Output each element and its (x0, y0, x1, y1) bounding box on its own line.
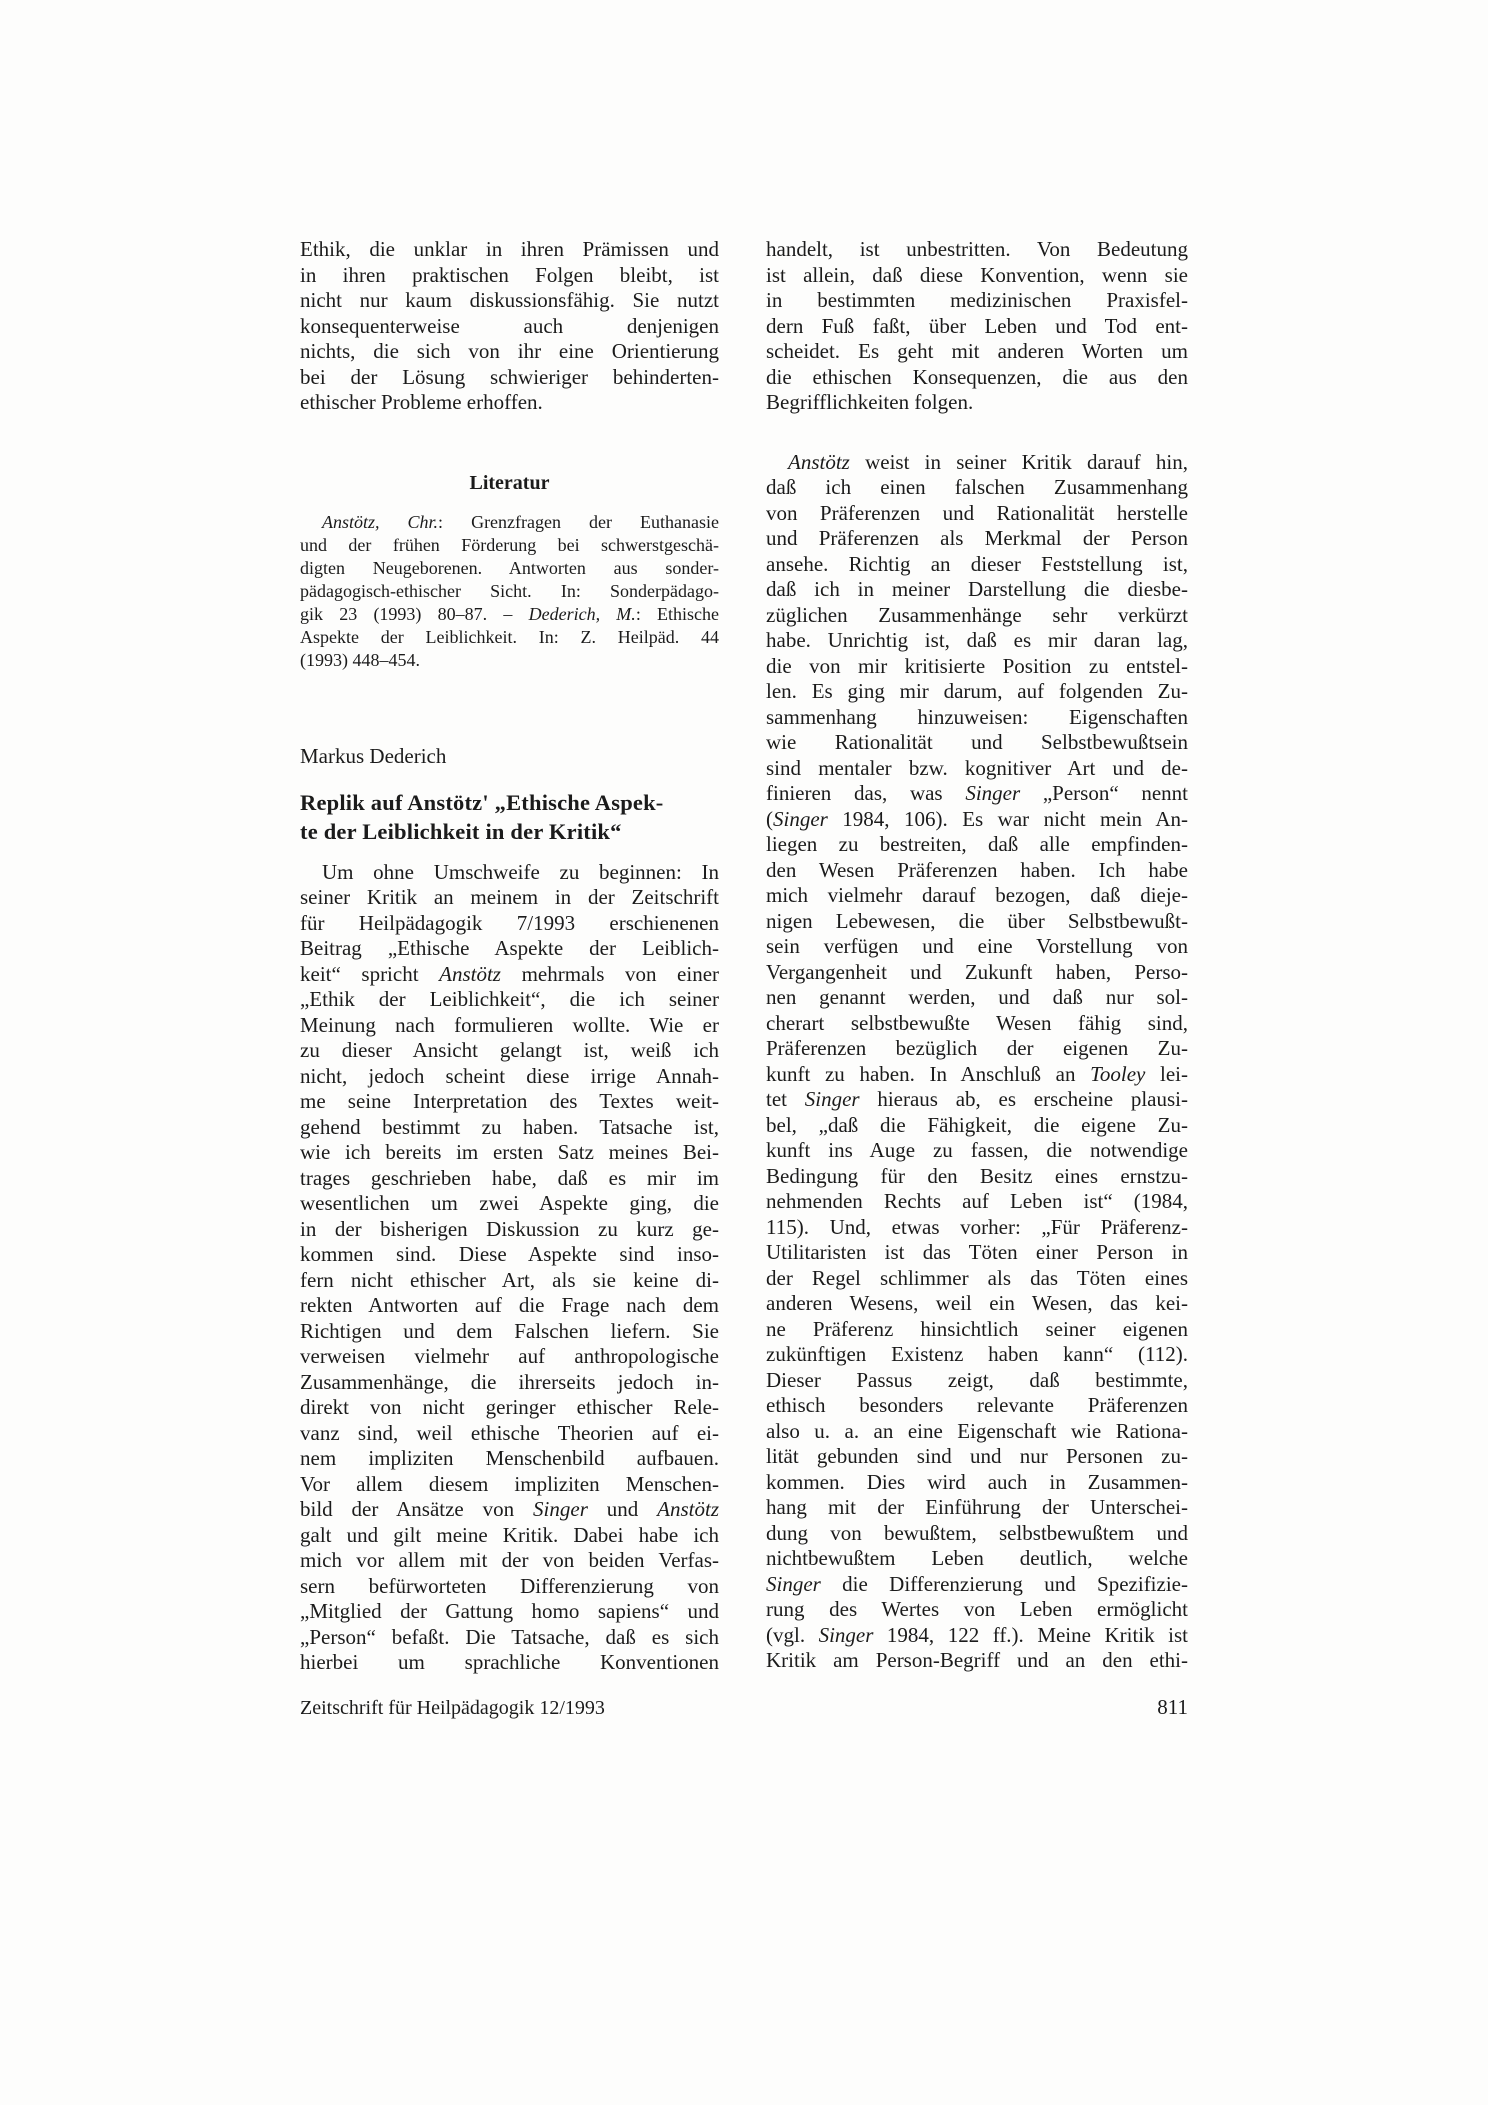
text-line: Meinung nach formulieren wollte. Wie er (300, 1013, 719, 1039)
text-line: „Ethik der Leiblichkeit“, die ich seiner (300, 987, 719, 1013)
text-line: tet Singer hieraus ab, es erscheine plau… (766, 1087, 1188, 1113)
page-footer: Zeitschrift für Heilpädagogik 12/1993 81… (300, 1695, 1188, 1720)
text-line: nichts, die sich von ihr eine Orientieru… (300, 339, 719, 365)
text-line: Beitrag „Ethische Aspekte der Leiblich- (300, 936, 719, 962)
text-line: Begrifflichkeiten folgen. (766, 390, 1188, 416)
page-number: 811 (1157, 1695, 1188, 1720)
text-line: (Singer 1984, 106). Es war nicht mein An… (766, 807, 1188, 833)
continuation-paragraph: handelt, ist unbestritten. Von Bedeutung… (766, 237, 1188, 416)
text-line: nem impliziten Menschenbild aufbauen. (300, 1446, 719, 1472)
text-line: rung des Wertes von Leben ermöglicht (766, 1597, 1188, 1623)
text-line: die ethischen Konsequenzen, die aus den (766, 365, 1188, 391)
text-line: mich vielmehr darauf bezogen, daß dieje- (766, 883, 1188, 909)
literature-references: Anstötz, Chr.: Grenzfragen der Euthanasi… (300, 511, 719, 672)
text-line: gehend bestimmt zu haben. Tatsache ist, (300, 1115, 719, 1141)
text-line: sern befürworteten Differenzierung von (300, 1574, 719, 1600)
text-line: cherart selbstbewußte Wesen fähig sind, (766, 1011, 1188, 1037)
journal-title-footer: Zeitschrift für Heilpädagogik 12/1993 (300, 1697, 605, 1720)
article-body-left: Um ohne Umschweife zu beginnen: Inseiner… (300, 860, 719, 1676)
text-line: verweisen vielmehr auf anthropologische (300, 1344, 719, 1370)
text-line: len. Es ging mir darum, auf folgenden Zu… (766, 679, 1188, 705)
text-line: dern Fuß faßt, über Leben und Tod ent- (766, 314, 1188, 340)
text-line: zu dieser Ansicht gelangt ist, weiß ich (300, 1038, 719, 1064)
text-line: digten Neugeborenen. Antworten aus sonde… (300, 557, 719, 580)
text-line: handelt, ist unbestritten. Von Bedeutung (766, 237, 1188, 263)
text-line: fern nicht ethischer Art, als sie keine … (300, 1268, 719, 1294)
text-line: hierbei um sprachliche Konventionen (300, 1650, 719, 1676)
journal-page: Ethik, die unklar in ihren Prämissen und… (0, 0, 1488, 2105)
text-line: züglichen Zusammenhänge sehr verkürzt (766, 603, 1188, 629)
text-line: galt und gilt meine Kritik. Dabei habe i… (300, 1523, 719, 1549)
left-column: Ethik, die unklar in ihren Prämissen und… (300, 237, 719, 1676)
text-line: von Präferenzen und Rationalität herstel… (766, 501, 1188, 527)
text-line: ne Präferenz hinsichtlich seiner eigenen (766, 1317, 1188, 1343)
text-line: (vgl. Singer 1984, 122 ff.). Meine Kriti… (766, 1623, 1188, 1649)
text-line: Zusammenhänge, die ihrerseits jedoch in- (300, 1370, 719, 1396)
text-line: habe. Unrichtig ist, daß es mir daran la… (766, 628, 1188, 654)
text-line: den Wesen Präferenzen haben. Ich habe (766, 858, 1188, 884)
text-line: 115). Und, etwas vorher: „Für Präferenz- (766, 1215, 1188, 1241)
text-line: also u. a. an eine Eigenschaft wie Ratio… (766, 1419, 1188, 1445)
text-line: me seine Interpretation des Textes weit- (300, 1089, 719, 1115)
intro-paragraph: Ethik, die unklar in ihren Prämissen und… (300, 237, 719, 416)
text-line: daß ich in meiner Darstellung die diesbe… (766, 577, 1188, 603)
text-line: sein verfügen und eine Vorstellung von (766, 934, 1188, 960)
text-line: kunft ins Auge zu fassen, die notwendige (766, 1138, 1188, 1164)
literature-heading: Literatur (300, 471, 719, 495)
text-line: für Heilpädagogik 7/1993 erschienenen (300, 911, 719, 937)
text-line: bild der Ansätze von Singer und Anstötz (300, 1497, 719, 1523)
text-line: Singer die Differenzierung und Spezifizi… (766, 1572, 1188, 1598)
text-line: Utilitaristen ist das Töten einer Person… (766, 1240, 1188, 1266)
text-line: nehmenden Rechts auf Leben ist“ (1984, (766, 1189, 1188, 1215)
text-line: trages geschrieben habe, daß es mir im (300, 1166, 719, 1192)
text-line: dung von bewußtem, selbstbewußtem und (766, 1521, 1188, 1547)
text-line: in ihren praktischen Folgen bleibt, ist (300, 263, 719, 289)
text-line: pädagogisch-ethischer Sicht. In: Sonderp… (300, 580, 719, 603)
text-line: ethisch besonders relevante Präferenzen (766, 1393, 1188, 1419)
text-line: und der frühen Förderung bei schwerstges… (300, 534, 719, 557)
text-line: keit“ spricht Anstötz mehrmals von einer (300, 962, 719, 988)
text-line: Dieser Passus zeigt, daß bestimmte, (766, 1368, 1188, 1394)
text-line: sammenhang hinzuweisen: Eigenschaften (766, 705, 1188, 731)
text-line: Vor allem diesem impliziten Menschen- (300, 1472, 719, 1498)
text-line: Richtigen und dem Falschen liefern. Sie (300, 1319, 719, 1345)
text-line: „Mitglied der Gattung homo sapiens“ und (300, 1599, 719, 1625)
text-line: seiner Kritik an meinem in der Zeitschri… (300, 885, 719, 911)
text-line: Ethik, die unklar in ihren Prämissen und (300, 237, 719, 263)
text-line: gik 23 (1993) 80–87. – Dederich, M.: Eth… (300, 603, 719, 626)
text-line: direkt von nicht geringer ethischer Rele… (300, 1395, 719, 1421)
author-name: Markus Dederich (300, 744, 719, 769)
text-line: Bedingung für den Besitz eines ernstzu- (766, 1164, 1188, 1190)
text-line: bei der Lösung schwieriger behinderten- (300, 365, 719, 391)
text-line: scheidet. Es geht mit anderen Worten um (766, 339, 1188, 365)
article-title: Replik auf Anstötz' „Ethische Aspek-te d… (300, 788, 719, 846)
text-line: und Präferenzen als Merkmal der Person (766, 526, 1188, 552)
text-line: konsequenterweise auch denjenigen (300, 314, 719, 340)
text-line: in bestimmten medizinischen Praxisfel- (766, 288, 1188, 314)
text-line: wie Rationalität und Selbstbewußtsein (766, 730, 1188, 756)
text-line: Anstötz weist in seiner Kritik darauf hi… (766, 450, 1188, 476)
text-line: in der bisherigen Diskussion zu kurz ge- (300, 1217, 719, 1243)
text-line: ansehe. Richtig an dieser Feststellung i… (766, 552, 1188, 578)
text-line: Replik auf Anstötz' „Ethische Aspek- (300, 788, 719, 817)
text-line: Um ohne Umschweife zu beginnen: In (300, 860, 719, 886)
text-line: anderen Wesens, weil ein Wesen, das kei- (766, 1291, 1188, 1317)
text-line: rekten Antworten auf die Frage nach dem (300, 1293, 719, 1319)
text-line: te der Leiblichkeit in der Kritik“ (300, 817, 719, 846)
text-line: Aspekte der Leiblichkeit. In: Z. Heilpäd… (300, 626, 719, 649)
text-line: bel, „daß die Fähigkeit, die eigene Zu- (766, 1113, 1188, 1139)
text-line: Präferenzen bezüglich der eigenen Zu- (766, 1036, 1188, 1062)
text-line: ethischer Probleme erhoffen. (300, 390, 719, 416)
text-line: nen genannt werden, und daß nur sol- (766, 985, 1188, 1011)
text-line: hang mit der Einführung der Unterschei- (766, 1495, 1188, 1521)
text-line: finieren das, was Singer „Person“ nennt (766, 781, 1188, 807)
text-line: nichtbewußtem Leben deutlich, welche (766, 1546, 1188, 1572)
text-line: sind mentaler bzw. kognitiver Art und de… (766, 756, 1188, 782)
text-line: Kritik am Person-Begriff und an den ethi… (766, 1648, 1188, 1674)
text-line: Vergangenheit und Zukunft haben, Perso- (766, 960, 1188, 986)
text-line: kunft zu haben. In Anschluß an Tooley le… (766, 1062, 1188, 1088)
text-line: liegen zu bestreiten, daß alle empfinden… (766, 832, 1188, 858)
text-line: nigen Lebewesen, die über Selbstbewußt- (766, 909, 1188, 935)
text-line: lität gebunden sind und nur Personen zu- (766, 1444, 1188, 1470)
text-line: nicht nur kaum diskussionsfähig. Sie nut… (300, 288, 719, 314)
text-line: ist allein, daß diese Konvention, wenn s… (766, 263, 1188, 289)
text-line: zukünftigen Existenz haben kann“ (112). (766, 1342, 1188, 1368)
text-line: Anstötz, Chr.: Grenzfragen der Euthanasi… (300, 511, 719, 534)
text-line: der Regel schlimmer als das Töten eines (766, 1266, 1188, 1292)
text-line: wie ich bereits im ersten Satz meines Be… (300, 1140, 719, 1166)
text-line: nicht, jedoch scheint diese irrige Annah… (300, 1064, 719, 1090)
text-line: kommen sind. Diese Aspekte sind inso- (300, 1242, 719, 1268)
text-line: kommen. Dies wird auch in Zusammen- (766, 1470, 1188, 1496)
text-line: (1993) 448–454. (300, 649, 719, 672)
text-line: die von mir kritisierte Position zu ents… (766, 654, 1188, 680)
text-line: vanz sind, weil ethische Theorien auf ei… (300, 1421, 719, 1447)
text-line: „Person“ befaßt. Die Tatsache, daß es si… (300, 1625, 719, 1651)
text-line: daß ich einen falschen Zusammenhang (766, 475, 1188, 501)
text-line: mich vor allem mit der von beiden Verfas… (300, 1548, 719, 1574)
text-line: wesentlichen um zwei Aspekte ging, die (300, 1191, 719, 1217)
right-column: handelt, ist unbestritten. Von Bedeutung… (766, 237, 1188, 1674)
reply-paragraph: Anstötz weist in seiner Kritik darauf hi… (766, 450, 1188, 1674)
